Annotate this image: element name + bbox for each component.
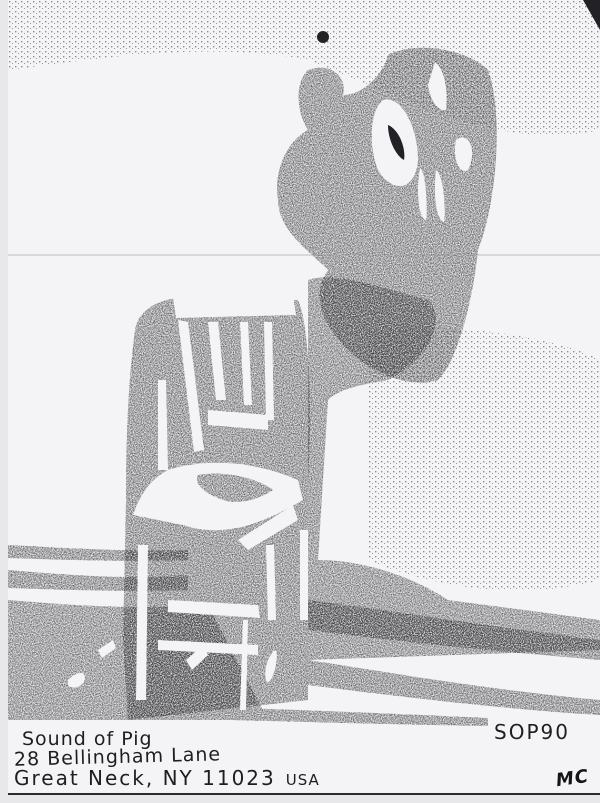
artwork-sheet: Sound of Pig 28 Bellingham Lane Great Ne… (8, 0, 600, 795)
artist-signature: MC (555, 768, 590, 790)
country-text: USA (286, 771, 320, 789)
catalog-code: SOP90 (494, 722, 570, 742)
label-city: Great Neck, NY 11023USA (14, 768, 320, 788)
city-text: Great Neck, NY 11023 (14, 766, 276, 790)
ink-dot (317, 31, 329, 43)
chair-illustration (8, 0, 600, 795)
